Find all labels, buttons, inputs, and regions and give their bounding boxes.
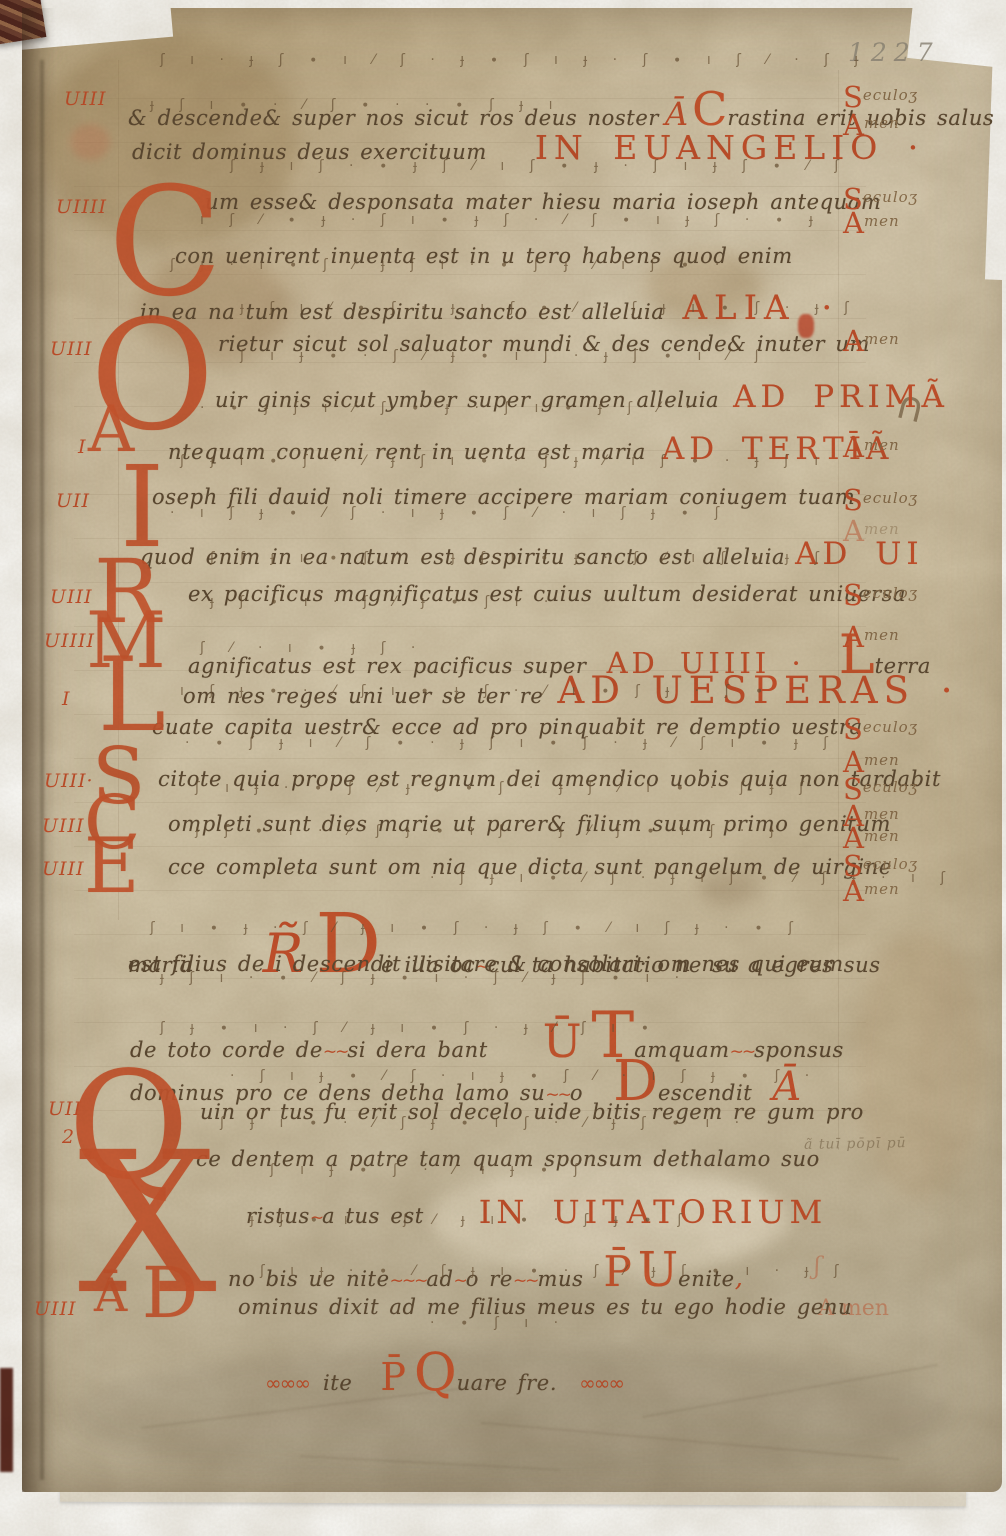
neume-row: ʃ ⁄ · ı ∙ ɟ ʃ · <box>200 640 421 656</box>
neume-row: ʃ ı ɟ ∙ ʃ · ⁄ ı ɟ ∙ ʃ <box>270 1162 585 1178</box>
margin-note-text: eculoʒ <box>863 855 918 873</box>
neume-row: ɟ ʃ ı ∙ · ⁄ ʃ ∙ · · ∙ ʃ ɟ ı <box>150 97 559 113</box>
right-margin-note: Seculoʒ <box>843 712 918 746</box>
neume-row: ʃ ɟ ı ∙ ʃ · ⁄ ɟ ʃ ı ∙ · ʃ ɟ ⁄ ı ʃ ∙ · ɟ … <box>180 453 824 469</box>
neume-row: ʃ ı ɟ · ∙ ⁄ ʃ ɟ ı ∙ · ʃ ⁄ ɟ ʃ ∙ ı · ɟ ʃ <box>260 1263 845 1279</box>
margin-numeral: I <box>78 436 87 458</box>
neume-row: ɟ ʃ ∙ ı · ⁄ ʃ ɟ ∙ ı ʃ · ɟ ⁄ ʃ ∙ ı ʃ · ɟ <box>195 823 780 839</box>
neume-row: ʃ ı ∙ ɟ · ʃ ⁄ ɟ ı ∙ ʃ · ɟ ʃ ∙ ⁄ ı ʃ ɟ · … <box>150 920 799 936</box>
neume-row: ʃ ɟ ı ʃ · ∙ ɟ ʃ ⁄ ı ʃ ∙ ɟ · ʃ ı ɟ ʃ ∙ ⁄ … <box>230 158 845 174</box>
red-squiggle: ∼∼ <box>730 1042 755 1062</box>
binding-spine <box>0 1368 13 1472</box>
margin-numeral: UIIII <box>56 196 107 218</box>
neume-row: · ı ʃ ɟ ∙ ⁄ ʃ · ı ɟ ∙ ʃ ⁄ · ı ʃ ɟ ∙ ʃ <box>170 505 725 521</box>
margin-note-text: eculoʒ <box>863 86 918 104</box>
line-segment: si dera bant <box>347 1038 487 1062</box>
neume-row: · ʃ ı ɟ ∙ ⁄ ʃ · ı ɟ ∙ ʃ ⁄ · ı ʃ ɟ ∙ ʃ · <box>230 1068 815 1084</box>
margin-note-text: eculoʒ <box>863 778 918 796</box>
neume-row: ʃ ɟ ı ∙ · ⁄ ʃ ɟ ∙ ı ʃ · ⁄ ɟ ʃ ∙ ı · <box>220 1115 745 1131</box>
margin-note-initial: A <box>843 620 864 654</box>
margin-numeral: UIII <box>34 1298 77 1320</box>
neume-row: ı ʃ ɟ ∙ · ⁄ ʃ ı ∙ ɟ ʃ · ⁄ ı ∙ ʃ ɟ · ʃ ∙ <box>180 683 770 699</box>
margin-numeral: I <box>62 688 71 710</box>
drop-initial: E <box>84 828 139 904</box>
neume-row: ʃ ı ɟ · ∙ ʃ ⁄ ɟ ı ∙ ʃ · ɟ ʃ ⁄ ı ∙ · ʃ ɟ … <box>195 780 810 796</box>
margin-note-initial: A <box>843 514 864 548</box>
margin-note-text: men <box>864 436 900 454</box>
neume-row: ɟ ʃ ∙ ı · ʃ ⁄ ɟ ı ∙ · ʃ ɟ ∙ ʃ <box>250 1212 688 1228</box>
neume-row: ʃ ʃ ɟ ı ∙ ʃ ⁄ · ɟ ʃ ı ∙ ɟ · ʃ ⁄ ı ʃ ∙ ɟ … <box>210 550 825 566</box>
margin-note-text: eculoʒ <box>863 584 918 602</box>
margin-note-initial: A <box>843 324 864 358</box>
margin-note-initial: S <box>843 483 863 517</box>
line-segment: ite <box>323 1371 352 1395</box>
margin-note-initial: S <box>843 578 863 612</box>
margin-note-initial: A <box>843 108 864 142</box>
line-segment: um esse& desponsata mater hiesu maria io… <box>205 190 881 214</box>
inline-initial: P̄ <box>380 1358 406 1396</box>
neume-row: ʃ ı · ɟ ʃ ∙ ı ⁄ ʃ · ɟ ∙ ʃ ı ɟ · ʃ ∙ ı ʃ … <box>160 52 864 68</box>
line-segment: sponsus <box>754 1038 844 1062</box>
margin-note-text: men <box>864 330 900 348</box>
neume-row: ʃ ɟ · ı ∙ ʃ ⁄ ɟ ʃ ı · ∙ ʃ ɟ ⁄ ı ʃ ∙ · <box>170 257 725 273</box>
drop-initial: D <box>142 1258 198 1328</box>
margin-note-text: men <box>864 827 900 845</box>
rubric-heading: AD PRIMÃ <box>733 379 949 415</box>
margin-note-text: men <box>864 751 900 769</box>
gutter-shadow <box>22 8 56 1492</box>
neume-row: ɟ ʃ ∙ ı · ʃ ⁄ ɟ ∙ ʃ ı · <box>210 594 554 610</box>
margin-note-initial: Ā <box>843 430 864 464</box>
margin-note-text: men <box>864 520 900 538</box>
inline-initial: Q <box>414 1347 457 1399</box>
inline-initial: C <box>692 86 727 132</box>
neume-row: ɟ ʃ ı · ∙ ⁄ ʃ ɟ ∙ ı · ʃ ⁄ ɟ ʃ ∙ ı · <box>160 970 685 986</box>
red-squiggle: ∼∼ <box>323 1042 348 1062</box>
red-squiggle: ∞∞∞ <box>265 1371 309 1395</box>
neume-row: ı ʃ ⁄ ∙ ɟ · ʃ ı ∙ ɟ ʃ · ⁄ ʃ ∙ ı ɟ ʃ · ∙ … <box>200 212 819 228</box>
neume-row: · ∙ ʃ ı · <box>430 1315 564 1331</box>
margin-numeral: UIII <box>64 88 107 110</box>
offset-ink-ghost <box>70 124 110 160</box>
margin-note-text: eculoʒ <box>863 489 918 507</box>
drop-initial: Ā <box>94 1272 127 1318</box>
right-margin-note: Seculoʒ <box>843 483 918 517</box>
margin-note-initial: A <box>843 206 864 240</box>
bounding-line-right <box>838 70 839 1150</box>
right-margin-note: Amen <box>843 874 900 908</box>
margin-note-text: men <box>864 212 900 230</box>
right-margin-note: Āmen <box>843 430 900 464</box>
neume-row: · ∙ ɟ ʃ ı ⁄ ʃ ∙ ɟ · ʃ ı ∙ ɟ ʃ ⁄ · <box>200 400 696 416</box>
red-squiggle: ∞∞∞ <box>579 1371 623 1395</box>
right-margin-note: Amen <box>843 324 900 358</box>
right-margin-note: Amen <box>843 206 900 240</box>
neume-row: ɟ ʃ ı ⁄ ∙ ʃ · ɟ ı ʃ ∙ ⁄ · ʃ ɟ ı ∙ ʃ · ɟ … <box>240 300 855 316</box>
manuscript-scan: 1227 ∩ ã tuī pōpī pū ʃ A men & descende&… <box>0 0 1006 1536</box>
line-segment: uare fre. <box>457 1371 558 1395</box>
neume-row: ʃ ɟ ∙ ı · ʃ ⁄ ɟ ı ∙ ʃ · ɟ ⁄ ʃ ı ∙ <box>160 1020 655 1036</box>
margin-numeral: UII <box>56 490 90 512</box>
right-margin-note: Seculoʒ <box>843 578 918 612</box>
margin-note-text: eculoʒ <box>863 718 918 736</box>
margin-note-text: men <box>864 114 900 132</box>
margin-numeral: UIII <box>42 815 85 837</box>
margin-note-text: men <box>864 880 900 898</box>
bottom-mottling <box>70 1345 950 1485</box>
margin-note-initial: A <box>843 874 864 908</box>
margin-note-initial: S <box>843 712 863 746</box>
right-margin-note: Amen <box>843 108 900 142</box>
margin-note-text: eculoʒ <box>863 188 918 206</box>
margin-numeral: UIII <box>42 858 85 880</box>
margin-numeral: UIII <box>50 338 93 360</box>
margin-note-text: men <box>864 626 900 644</box>
neume-row: · ∙ ʃ ɟ ı ⁄ ʃ ∙ · ɟ ʃ ı ∙ ʃ · ɟ ⁄ ʃ ı ∙ … <box>185 735 834 751</box>
neume-row: ʃ ı ɟ ∙ · ʃ ⁄ ɟ ∙ ı ʃ · ɟ ʃ ∙ ı ⁄ ʃ <box>240 348 765 364</box>
line-segment: agnificatus est rex pacificus super <box>188 654 587 678</box>
right-margin-note: Amen <box>843 514 900 548</box>
right-margin-note: Amen <box>843 620 900 654</box>
